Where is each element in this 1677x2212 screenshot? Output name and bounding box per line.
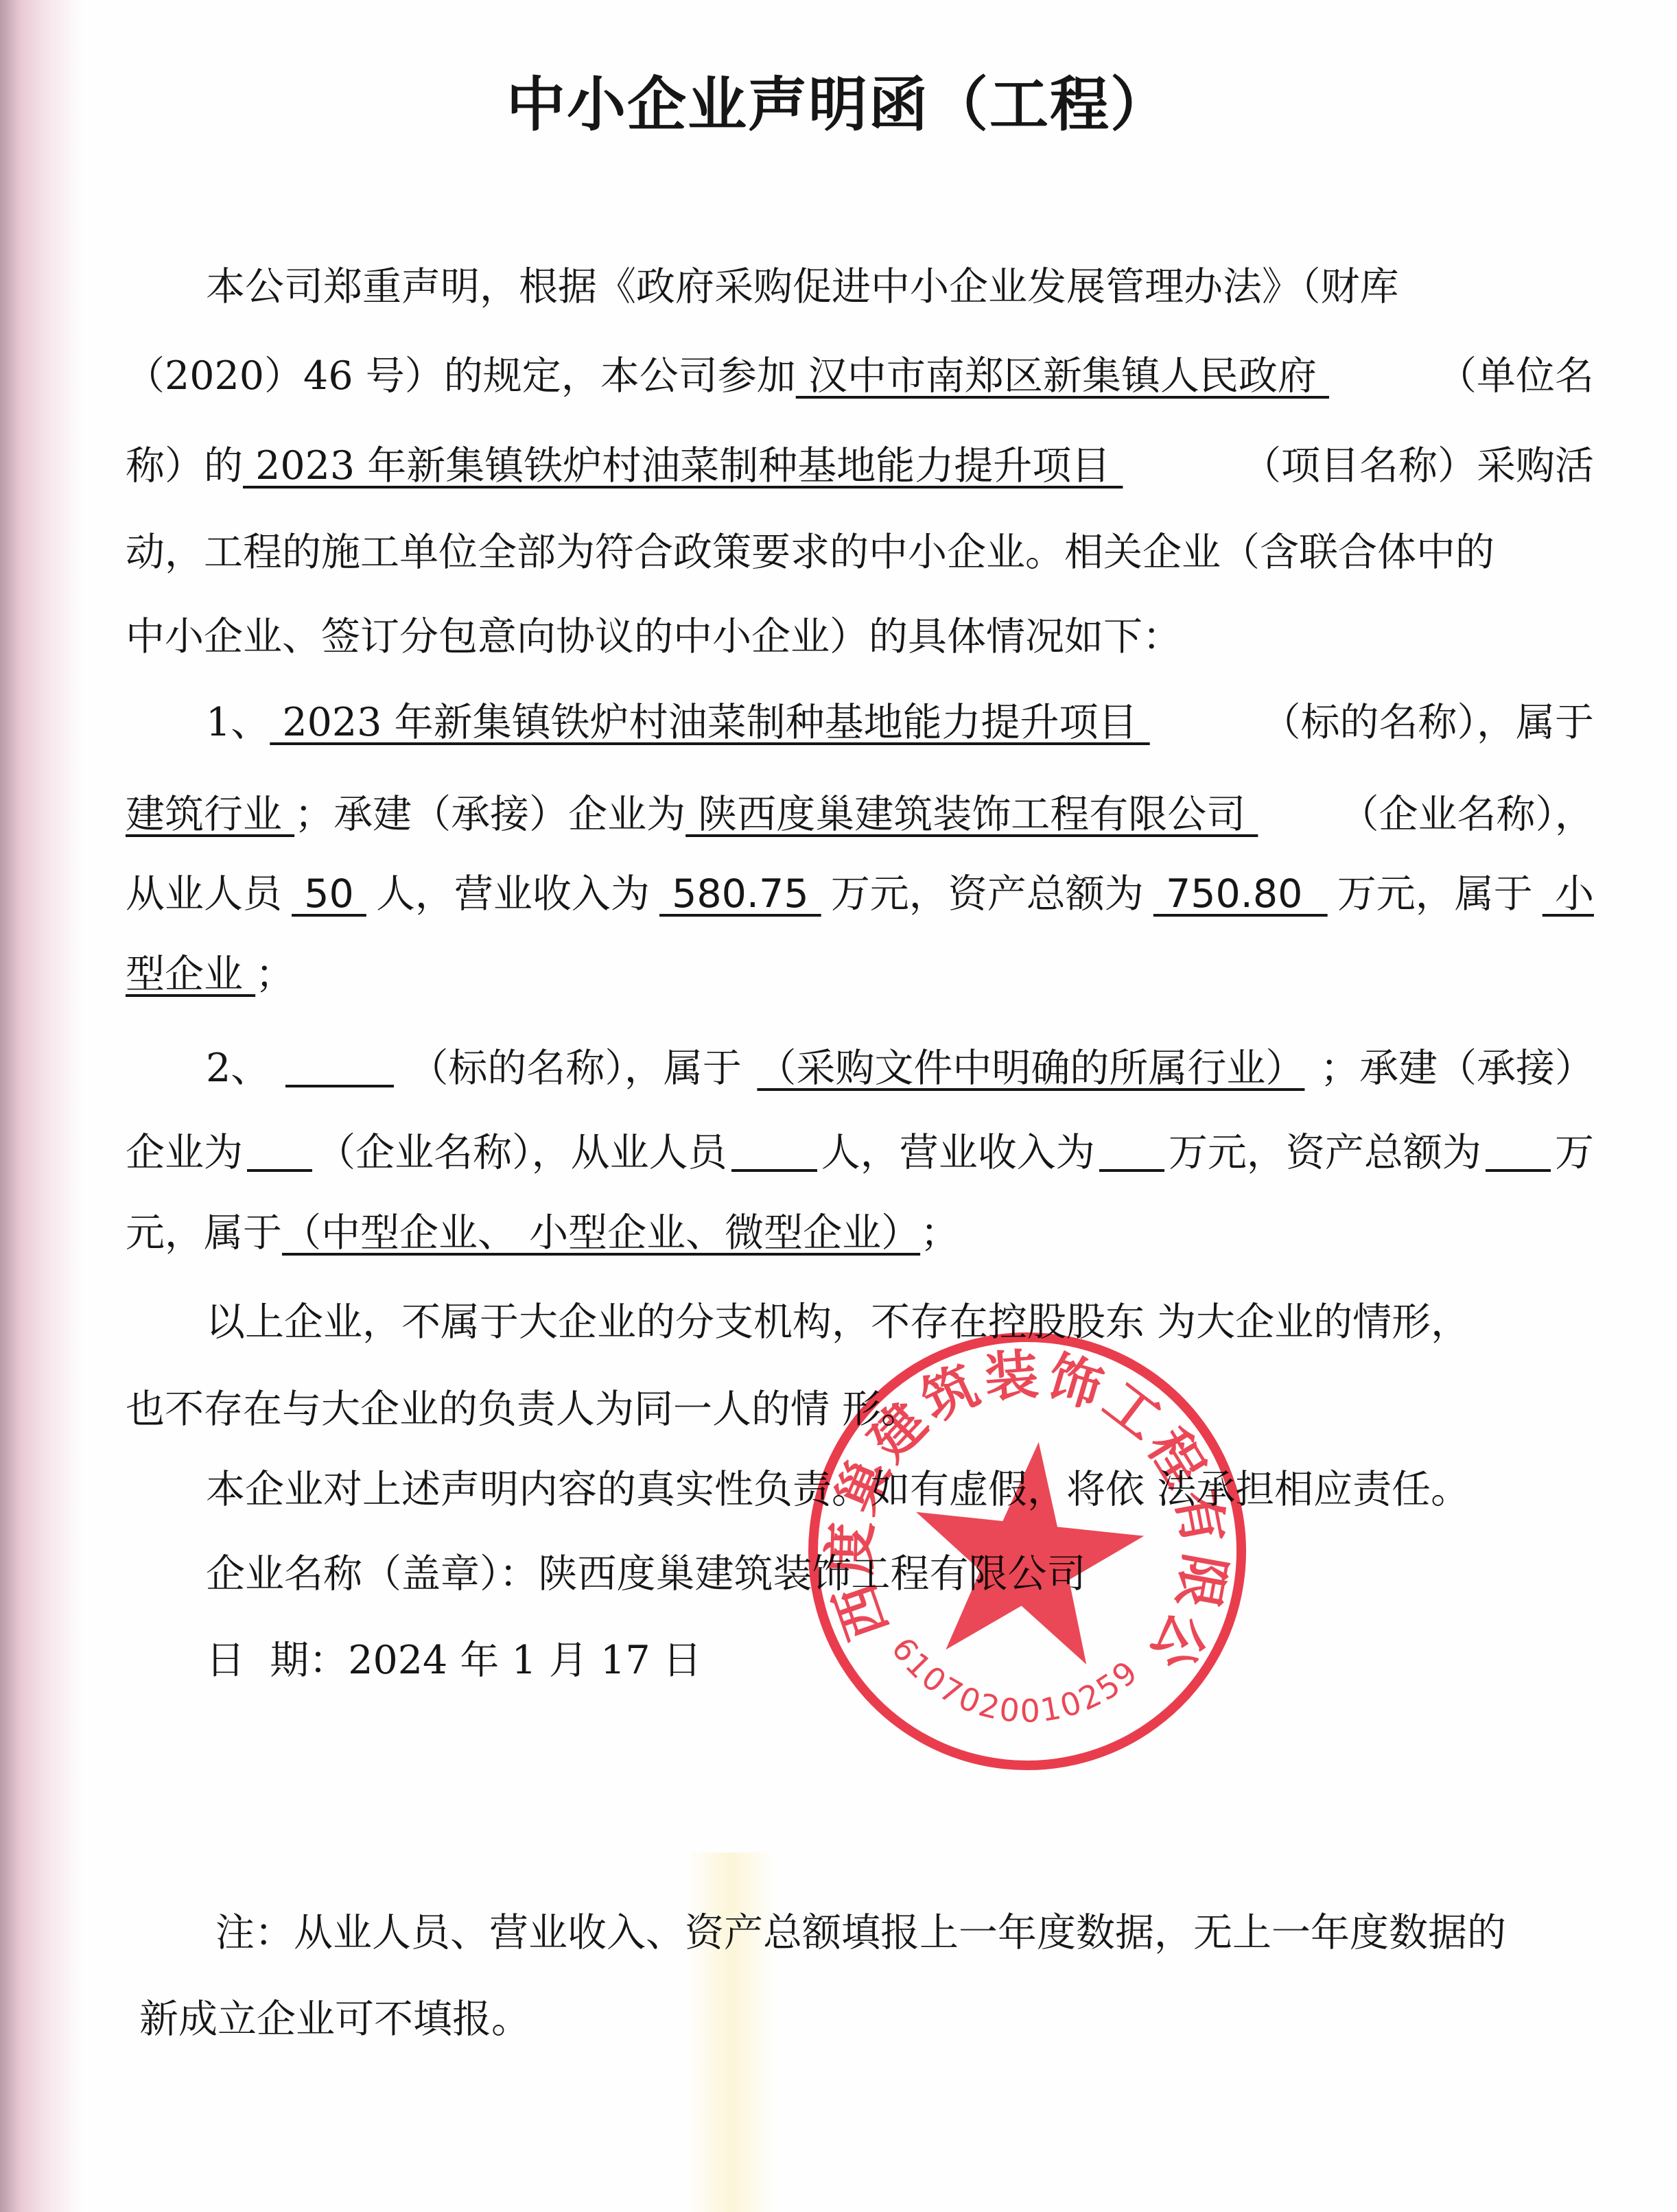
statement-text: 以上企业，不属于大企业的分支机构，不存在控股股东 为大企业的情形， bbox=[206, 1295, 1470, 1350]
item1-line-4: 型企业 ； bbox=[126, 947, 1594, 1002]
item1-size-field-part1: 小 bbox=[1543, 867, 1594, 921]
item2-line-2: 企业为 （企业名称），从业人员 人，营业收入为 万元，资产总额为 万 bbox=[126, 1125, 1594, 1180]
item2-subject-blank bbox=[285, 1049, 394, 1087]
item2-employees-blank bbox=[731, 1133, 817, 1172]
employees-label: （企业名称），从业人员 bbox=[316, 1125, 727, 1180]
signature-date-line: 日 期：2024 年 1 月 17 日 bbox=[206, 1633, 1594, 1688]
contractor-label: 企业为 bbox=[126, 1125, 243, 1180]
statement-text: 本企业对上述声明内容的真实性负责。如有虚假，将依 法承担相应责任。 bbox=[206, 1462, 1470, 1517]
contractor-lead: ；承建（承接） bbox=[1320, 1041, 1594, 1096]
contractor-label: （企业名称）， bbox=[1340, 787, 1595, 842]
statement-line-3: 本企业对上述声明内容的真实性负责。如有虚假，将依 法承担相应责任。 bbox=[206, 1462, 1594, 1517]
unit-name-label: （单位名 bbox=[1438, 349, 1594, 403]
item1-assets-field: 750.80 bbox=[1153, 867, 1328, 921]
project-name-field: 2023 年新集镇铁炉村油菜制种基地能力提升项目 bbox=[243, 443, 1123, 489]
employees-label: 从业人员 bbox=[126, 867, 282, 921]
intro-text: 动，工程的施工单位全部为符合政策要求的中小企业。相关企业（含联合体中的 bbox=[126, 525, 1494, 580]
item1-line-1: 1、 2023 年新集镇铁炉村油菜制种基地能力提升项目 （标的名称），属于 bbox=[206, 695, 1594, 750]
item2-size-field: （中型企业、 小型企业、微型企业） bbox=[282, 1205, 920, 1260]
note-line-1: 注：从业人员、营业收入、资产总额填报上一年度数据，无上一年度数据的 bbox=[215, 1905, 1595, 1960]
date-label: 日 期： bbox=[206, 1633, 348, 1688]
project-name-label: （项目名称）采购活 bbox=[1242, 438, 1594, 493]
intro-text: 中小企业、签订分包意向协议的中小企业）的具体情况如下： bbox=[126, 609, 1182, 664]
paper-edge-shadow bbox=[0, 0, 82, 2212]
item-number: 2、 bbox=[206, 1041, 270, 1096]
item1-employees-field: 50 bbox=[292, 867, 366, 921]
statement-line-2: 也不存在与大企业的负责人为同一人的情 形。 bbox=[126, 1382, 1594, 1437]
statement-text: 也不存在与大企业的负责人为同一人的情 形。 bbox=[126, 1382, 920, 1437]
item1-line-2: 建筑行业 ；承建（承接）企业为 陕西度巢建筑装饰工程有限公司 （企业名称）， bbox=[126, 787, 1594, 842]
item1-size-field-part2: 型企业 bbox=[126, 947, 255, 1002]
assets-label: 万元，资产总额为 bbox=[831, 867, 1144, 921]
note-text: 新成立企业可不填报。 bbox=[139, 1992, 530, 2047]
note-line-2: 新成立企业可不填报。 bbox=[139, 1992, 1608, 2047]
procuring-unit-field: 汉中市南郑区新集镇人民政府 bbox=[796, 353, 1329, 399]
page-title: 中小企业声明函（工程） bbox=[0, 67, 1677, 143]
item2-revenue-blank bbox=[1099, 1133, 1164, 1172]
signature-company-line: 企业名称（盖章）：陕西度巢建筑装饰工程有限公司 bbox=[206, 1546, 1594, 1601]
intro-line-1: 本公司郑重声明，根据《政府采购促进中小企业发展管理办法》（财库 bbox=[206, 259, 1594, 314]
semicolon: ； bbox=[255, 947, 294, 1002]
assets-label: 万元，资产总额为 bbox=[1169, 1125, 1481, 1180]
intro-line-5: 中小企业、签订分包意向协议的中小企业）的具体情况如下： bbox=[126, 609, 1594, 664]
item1-contractor-field: 陕西度巢建筑装饰工程有限公司 bbox=[685, 792, 1258, 837]
item1-subject-field: 2023 年新集镇铁炉村油菜制种基地能力提升项目 bbox=[270, 700, 1149, 745]
item1-revenue-field: 580.75 bbox=[659, 867, 821, 921]
item2-contractor-blank bbox=[247, 1133, 312, 1172]
item2-line-3: 元，属于（中型企业、 小型企业、微型企业）； bbox=[126, 1205, 1594, 1260]
item1-industry-field: 建筑行业 bbox=[126, 792, 294, 837]
company-label: 企业名称（盖章）： bbox=[206, 1546, 539, 1601]
intro-text: （2020）46 号）的规定，本公司参加 bbox=[126, 353, 796, 399]
item-number: 1、 bbox=[206, 700, 270, 745]
item1-line-3: 从业人员 50 人，营业收入为 580.75 万元，资产总额为 750.80 万… bbox=[126, 867, 1594, 921]
semicolon: ； bbox=[920, 1205, 959, 1260]
company-name: 陕西度巢建筑装饰工程有限公司 bbox=[539, 1546, 1086, 1601]
statement-line-1: 以上企业，不属于大企业的分支机构，不存在控股股东 为大企业的情形， bbox=[206, 1295, 1594, 1350]
note-text: 注：从业人员、营业收入、资产总额填报上一年度数据，无上一年度数据的 bbox=[215, 1905, 1506, 1960]
date-value: 2024 年 1 月 17 日 bbox=[348, 1633, 701, 1688]
revenue-label: 人，营业收入为 bbox=[821, 1125, 1095, 1180]
item2-industry-field: （采购文件中明确的所属行业） bbox=[757, 1041, 1304, 1096]
intro-line-3: 称）的 2023 年新集镇铁炉村油菜制种基地能力提升项目 （项目名称）采购活 bbox=[126, 438, 1594, 493]
contractor-lead: ；承建（承接）企业为 bbox=[294, 792, 685, 837]
revenue-label: 人，营业收入为 bbox=[376, 867, 650, 921]
intro-line-2: （2020）46 号）的规定，本公司参加 汉中市南郑区新集镇人民政府 （单位名 bbox=[126, 349, 1594, 403]
subject-label: （标的名称），属于 bbox=[1262, 695, 1595, 750]
item2-line-1: 2、 （标的名称），属于 （采购文件中明确的所属行业） ；承建（承接） bbox=[206, 1041, 1594, 1096]
intro-text: 本公司郑重声明，根据《政府采购促进中小企业发展管理办法》（财库 bbox=[206, 259, 1399, 314]
item2-assets-blank bbox=[1486, 1133, 1551, 1172]
unit-label: 万 bbox=[1555, 1125, 1594, 1180]
size-label: 元，属于 bbox=[126, 1205, 282, 1260]
size-label: 万元，属于 bbox=[1337, 867, 1533, 921]
intro-text: 称）的 bbox=[126, 443, 243, 489]
subject-label: （标的名称），属于 bbox=[409, 1041, 742, 1096]
intro-line-4: 动，工程的施工单位全部为符合政策要求的中小企业。相关企业（含联合体中的 bbox=[126, 525, 1594, 580]
